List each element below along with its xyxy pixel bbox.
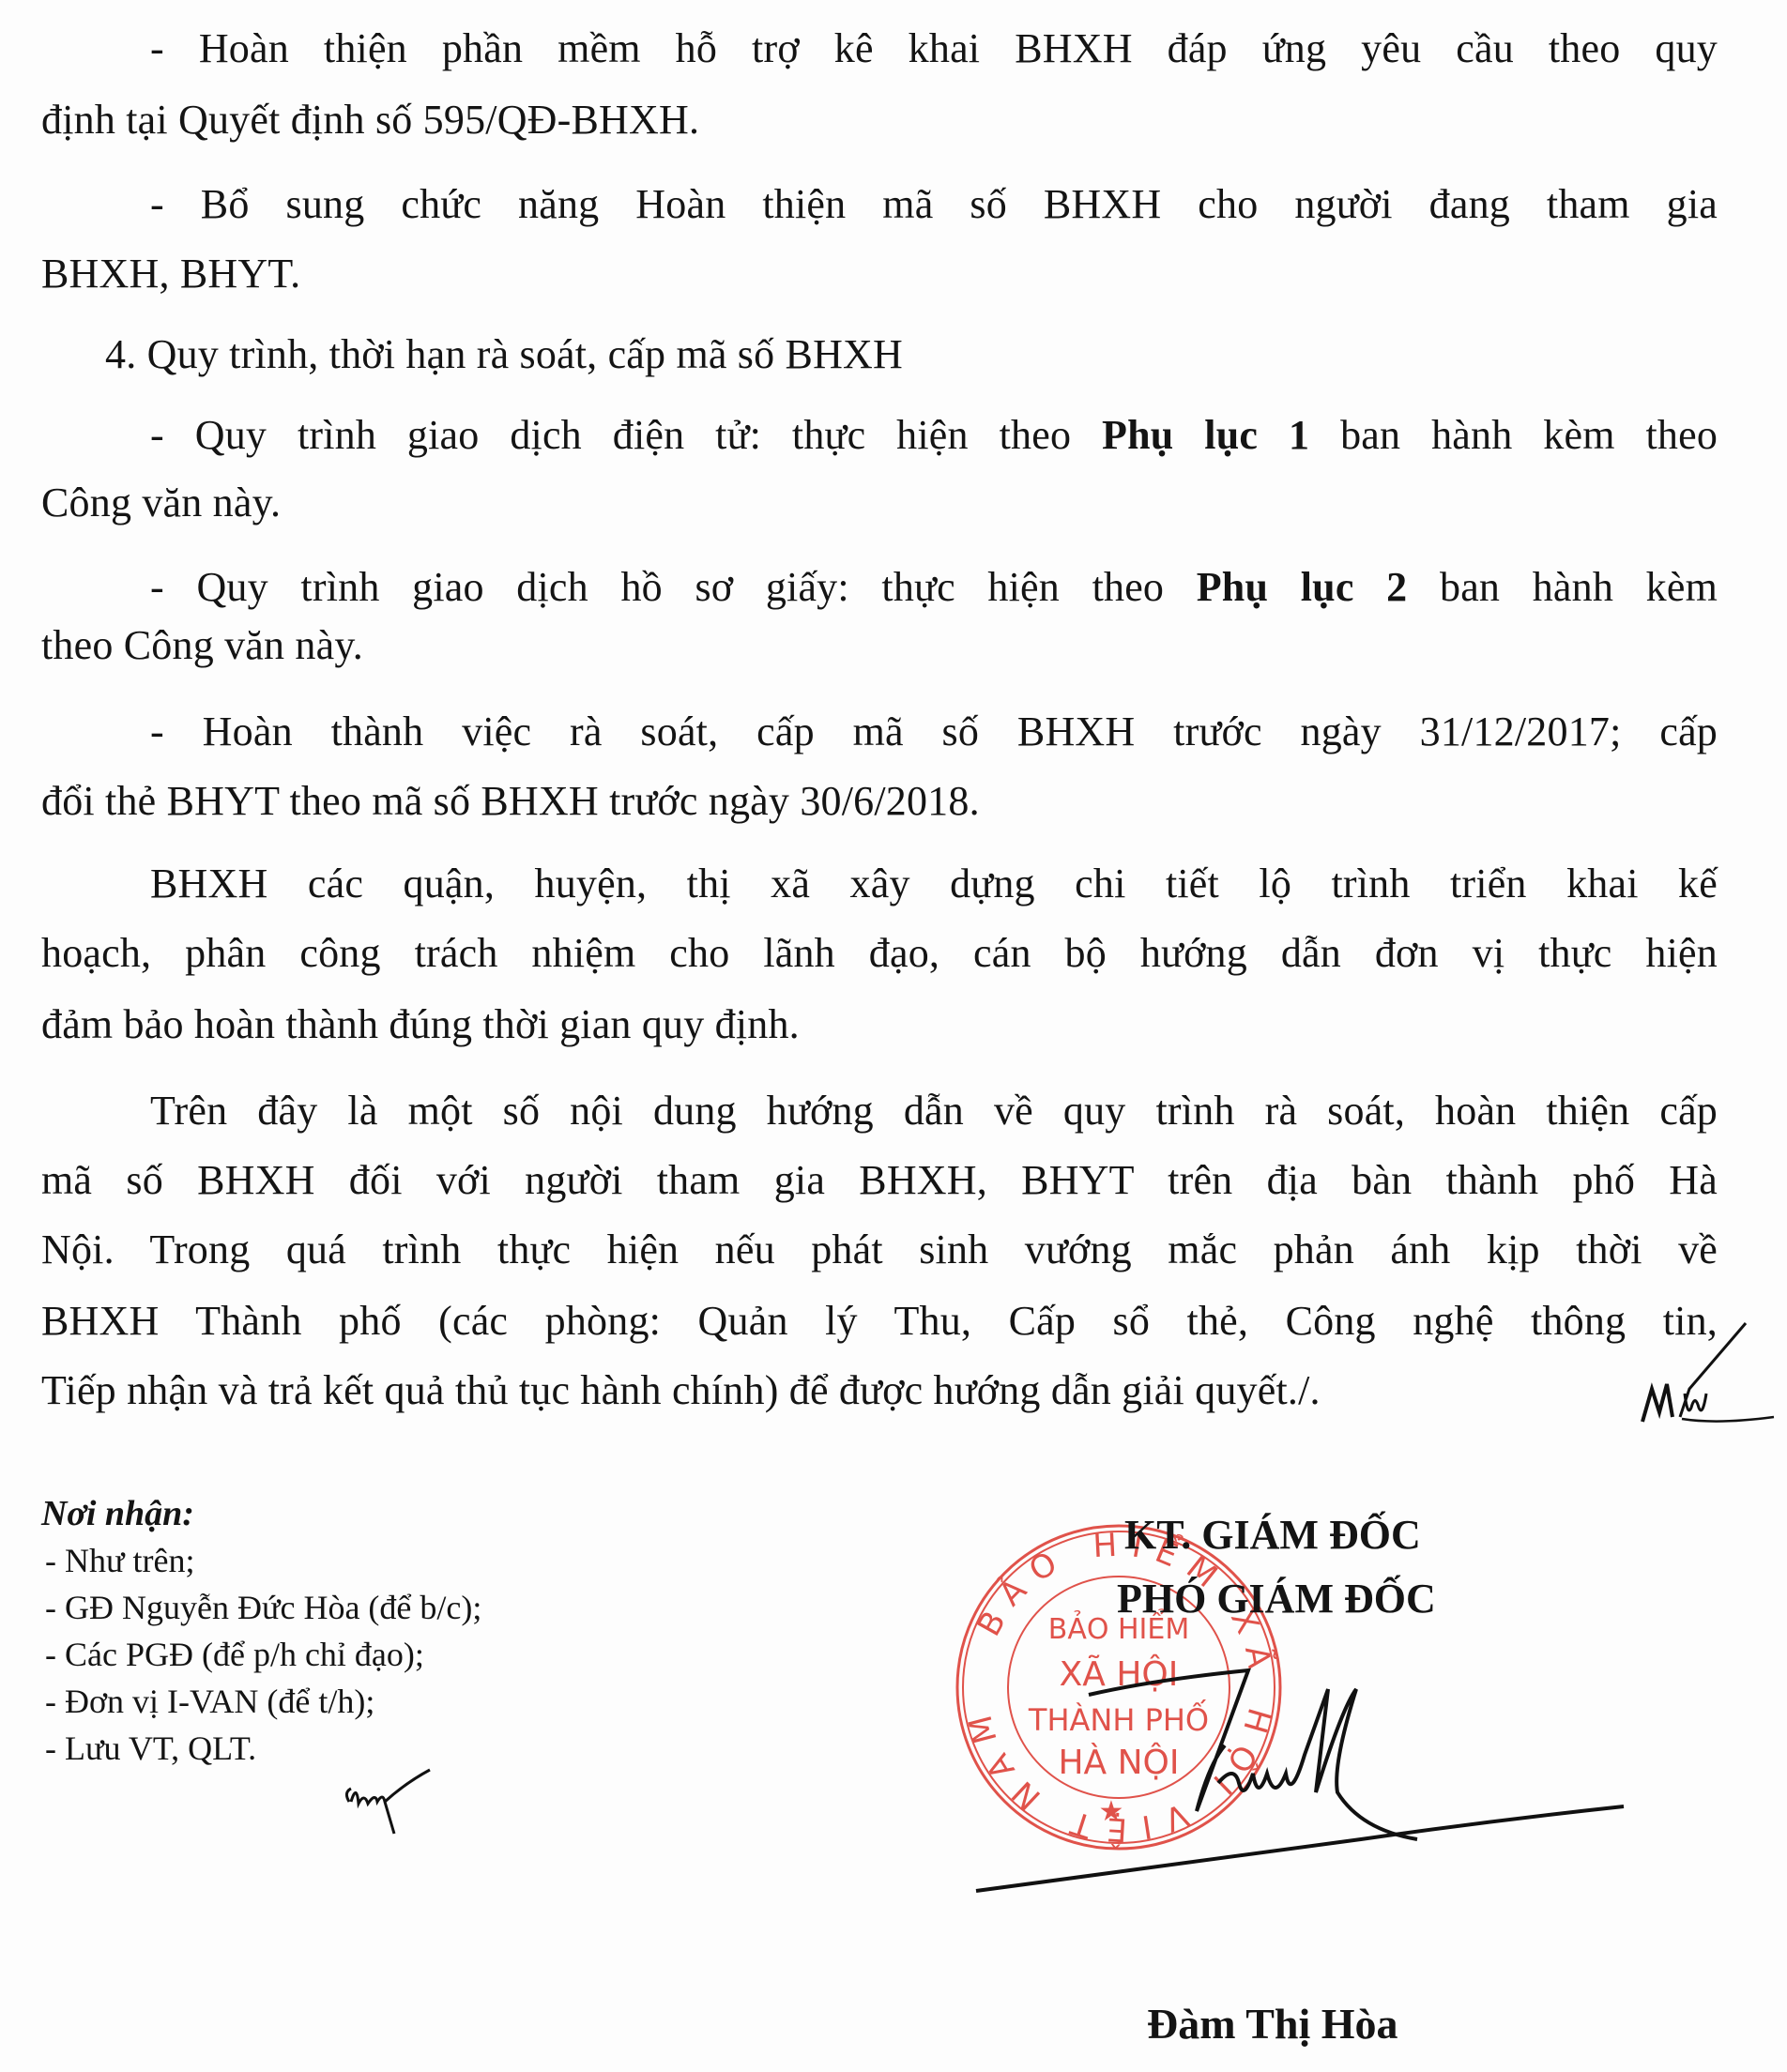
- text-line: - Hoàn thiện phần mềm hỗ trợ kê khai BHX…: [150, 28, 1718, 69]
- text-line: BHXH Thành phố (các phòng: Quản lý Thu, …: [41, 1301, 1718, 1342]
- recipients-block: Nơi nhận: - Như trên; - GĐ Nguyễn Đức Hò…: [34, 1490, 481, 1772]
- text-line: BHXH, BHYT.: [41, 253, 1718, 295]
- svg-text:THÀNH PHỐ: THÀNH PHỐ: [1028, 1699, 1209, 1738]
- recipient-item: - GĐ Nguyễn Đức Hòa (để b/c);: [45, 1584, 481, 1631]
- recipient-item: - Đơn vị I-VAN (để t/h);: [45, 1678, 481, 1725]
- recipient-item: - Như trên;: [45, 1537, 481, 1584]
- appendix-ref: Phụ lục 2: [1197, 564, 1408, 610]
- text-line: - Quy trình giao dịch điện tử: thực hiện…: [150, 415, 1718, 456]
- text-line: đảm bảo hoàn thành đúng thời gian quy đị…: [41, 1004, 1718, 1045]
- svg-text:XÃ HỘI: XÃ HỘI: [1060, 1654, 1179, 1694]
- svg-text:HÀ NỘI: HÀ NỘI: [1058, 1743, 1179, 1782]
- recipient-item: - Các PGĐ (để p/h chỉ đạo);: [45, 1631, 481, 1678]
- text-line: Nội. Trong quá trình thực hiện nếu phát …: [41, 1229, 1718, 1271]
- signature-title-line2: PHÓ GIÁM ĐỐC: [1117, 1575, 1436, 1623]
- text-line: Tiếp nhận và trả kết quả thủ tục hành ch…: [41, 1370, 1718, 1411]
- recipient-item: - Lưu VT, QLT.: [45, 1725, 481, 1772]
- text-segment: ban hành kèm theo: [1340, 412, 1718, 458]
- recipients-title: Nơi nhận:: [41, 1490, 481, 1537]
- text-line: Công văn này.: [41, 482, 1718, 524]
- signature-title-line1: KT. GIÁM ĐỐC: [1124, 1511, 1421, 1559]
- text-segment: - Quy trình giao dịch hồ sơ giấy: thực h…: [150, 564, 1164, 610]
- section-heading: 4. Quy trình, thời hạn rà soát, cấp mã s…: [105, 334, 1781, 375]
- text-line: mã số BHXH đối với người tham gia BHXH, …: [41, 1160, 1718, 1201]
- text-line: BHXH các quận, huyện, thị xã xây dựng ch…: [150, 863, 1718, 905]
- text-line: - Bổ sung chức năng Hoàn thiện mã số BHX…: [150, 184, 1718, 225]
- text-line: Trên đây là một số nội dung hướng dẫn về…: [150, 1090, 1718, 1132]
- text-line: theo Công văn này.: [41, 625, 1718, 666]
- text-line: - Quy trình giao dịch hồ sơ giấy: thực h…: [150, 567, 1718, 608]
- document-page: - Hoàn thiện phần mềm hỗ trợ kê khai BHX…: [0, 0, 1787, 2072]
- appendix-ref: Phụ lục 1: [1102, 412, 1309, 458]
- text-line: - Hoàn thành việc rà soát, cấp mã số BHX…: [150, 711, 1718, 753]
- text-segment: ban hành kèm: [1440, 564, 1718, 610]
- svg-text:★: ★: [1099, 1795, 1124, 1828]
- text-line: đổi thẻ BHYT theo mã số BHXH trước ngày …: [41, 781, 1718, 822]
- clerk-initials-icon: [340, 1764, 443, 1839]
- text-segment: - Quy trình giao dịch điện tử: thực hiện…: [150, 412, 1071, 458]
- signer-name: Đàm Thị Hòa: [1147, 1999, 1398, 2049]
- official-seal-icon: BẢO HIỂM XÃ HỘI VIỆT NAM BẢO HIỂM XÃ HỘI…: [950, 1518, 1288, 1856]
- text-line: định tại Quyết định số 595/QĐ-BHXH.: [41, 99, 1718, 141]
- text-line: hoạch, phân công trách nhiệm cho lãnh đạ…: [41, 933, 1718, 974]
